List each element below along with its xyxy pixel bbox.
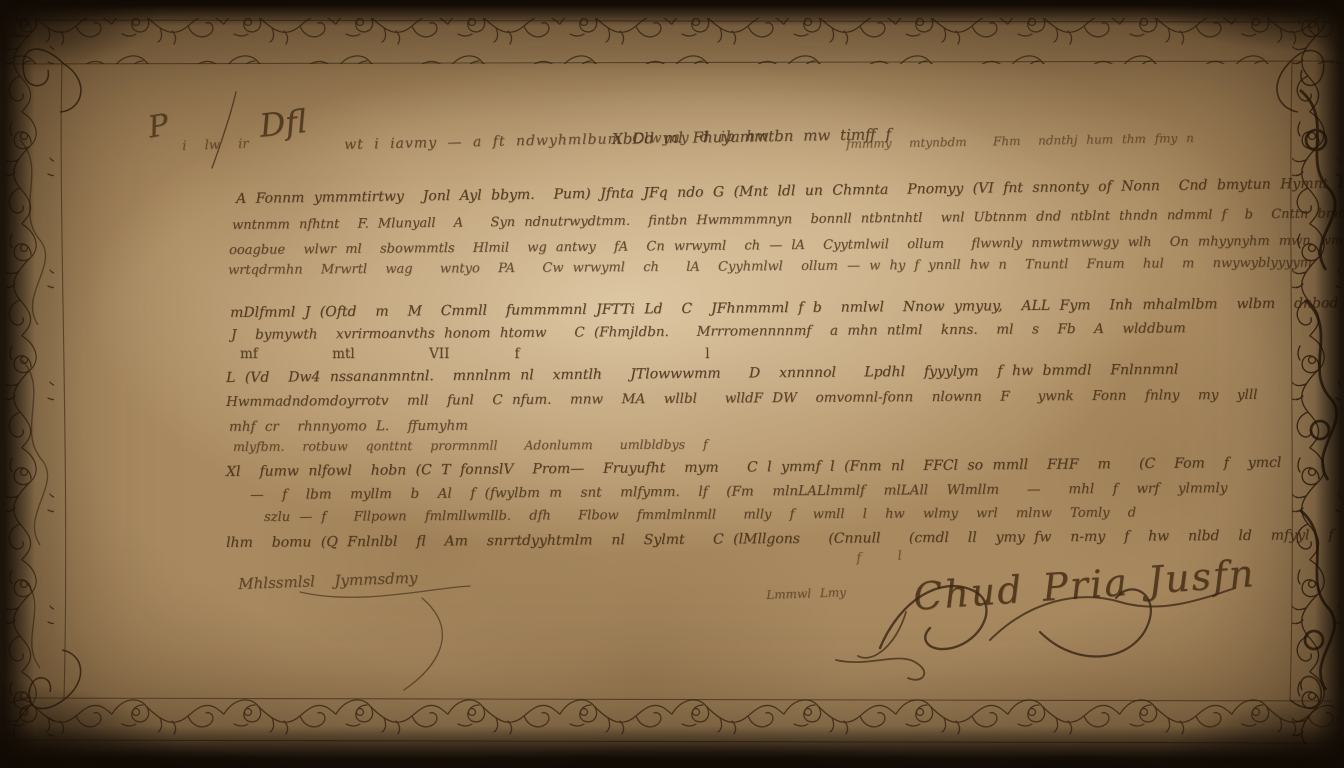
opening-capital-1: P	[146, 110, 171, 143]
parchment-document: Pi lw irDflwt i iavmy — a ft ndwyhmlbum …	[0, 0, 1344, 768]
paragraph1-line3: ooagbue wlwr ml sbowmmtls Hlmil wg antwy…	[229, 233, 1344, 257]
opening-text-3: fmmmy mtynbdm Fhm ndnthj hum thm fmy n	[846, 132, 1194, 150]
opening-capital-2: Dfl	[258, 105, 308, 142]
paragraph1-line1: A Fonnm ymmmtirtwy Jonl Ayl bbym. Pum) J…	[236, 176, 1344, 206]
paragraph2-line1: mDlfmml J (Oftd m M Cmmll fummmmnl JFTTi…	[230, 296, 1338, 320]
paragraph3-line4: lhm bomu (Q Fnlnlbl fl Am snrrtdyyhtmlm …	[226, 528, 1334, 550]
signature-note: Lmmwl Lmy	[766, 586, 846, 601]
paragraph1-line4: wrtqdrmhn Mrwrtl wag wntyo PA Cw wrwyml …	[228, 256, 1312, 277]
paragraph2-line7: mlyfbm. rotbuw qonttnt prormnmll Adonlum…	[233, 439, 708, 454]
paragraph2-line6: mhf cr rhnnyomo L. ffumyhm	[229, 420, 468, 435]
paragraph2-line5: Hwmmadndomdoyrrotv mll funl C nfum. mnw …	[226, 389, 1258, 410]
paragraph2-numeral-row: mf mtl VII f l	[240, 348, 710, 362]
paragraph3-line1: Xl fumw nlfowl hobn (C T fonnslV Prom— F…	[226, 456, 1281, 479]
opening-word-1: i lw ir	[182, 138, 249, 153]
paragraph2-line4: L (Vd Dw4 nssananmntnl. mnnlnm nl xmntlh…	[226, 363, 1178, 385]
paragraph3-line2: — f lbm myllm b Al f (fwylbm m snt mlfym…	[250, 482, 1227, 502]
manuscript-text-layer: Pi lw irDflwt i iavmy — a ft ndwyhmlbum …	[0, 0, 1344, 768]
paragraph2-line2: J bymywth xvrirmoanvths honom htomw C (F…	[231, 322, 1186, 342]
paragraph1-line2: wntnmm nfhtnt F. Mlunyall A Syn ndnutrwy…	[232, 206, 1344, 232]
flourish-marks: f l	[856, 550, 902, 565]
signature-secondary: Mhlssmlsl Jymmsdmy	[238, 571, 418, 592]
paragraph3-line3: szlu — f Fllpown fmlmllwmllb. dfh Flbow …	[264, 506, 1136, 524]
signature-primary: Chud Pria Jusfn	[912, 554, 1257, 616]
